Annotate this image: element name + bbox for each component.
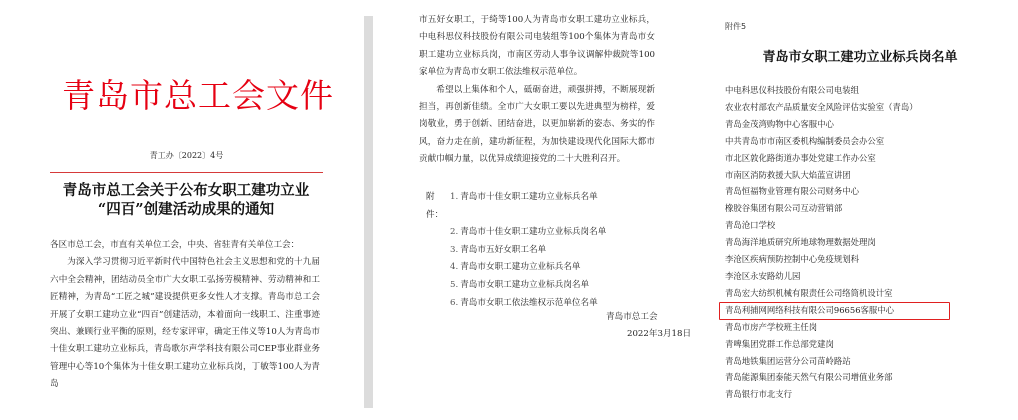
list-item: 青岛市房产学校班主任岗 (725, 319, 1015, 336)
notice-title-line-1: 青岛市总工会关于公布女职工建功立业 (40, 181, 332, 200)
cover-page: 青岛市总工会文件 青工办〔2022〕4号 青岛市总工会关于公布女职工建功立业 “… (0, 0, 340, 420)
body-paragraph-hope: 希望以上集体和个人，砥砺奋进，顽强拼搏，不断展现新担当，再创新佳绩。全市广大女职… (419, 82, 655, 169)
attachment-item: 附件： 1.青岛市十佳女职工建功立业标兵名单 (426, 189, 666, 224)
list-item: 青岛沧口学校 (725, 217, 1015, 234)
continuation-body: 市五好女职工，于绮等100人为青岛市女职工建功立业标兵，中电科思仪科技股份有限公… (419, 12, 655, 169)
list-item: 青岛地铁集团运营分公司苗岭路站 (725, 353, 1015, 370)
attachments-label: 附件： (426, 189, 450, 224)
document-number: 青工办〔2022〕4号 (0, 150, 373, 161)
body-paragraph: 为深入学习贯彻习近平新时代中国特色社会主义思想和党的十九届六中全会精神，团结动员… (50, 254, 320, 393)
list-item: 中共青岛市市南区委机构编制委员会办公室 (725, 133, 1015, 150)
highlighted-list-item: 青岛利捕网网络科技有限公司96656客服中心 (725, 302, 1015, 319)
notice-title: 青岛市总工会关于公布女职工建功立业 “四百”创建活动成果的通知 (40, 181, 332, 219)
list-item: 橡胶谷集团有限公司互动营销部 (725, 200, 1015, 217)
attachment-item: 4.青岛市女职工建功立业标兵名单 (426, 259, 666, 277)
body-paragraph-continued: 市五好女职工，于绮等100人为青岛市女职工建功立业标兵，中电科思仪科技股份有限公… (419, 12, 655, 82)
red-letterhead: 青岛市总工会文件 (62, 70, 302, 117)
list-title: 青岛市女职工建功立业标兵岗名单 (690, 46, 1018, 65)
list-item: 李沧区疾病预防控制中心免疫规划科 (725, 251, 1015, 268)
list-item: 中电科思仪科技股份有限公司电装组 (725, 82, 1015, 99)
list-item: 青岛银行市北支行 (725, 386, 1015, 403)
attachment-item: 2.青岛市十佳女职工建功立业标兵岗名单 (426, 224, 666, 242)
list-item: 青啤集团党群工作总部党建岗 (725, 336, 1015, 353)
list-item: 青岛恒福物业管理有限公司财务中心 (725, 183, 1015, 200)
list-page: 附件5 青岛市女职工建功立业标兵岗名单 中电科思仪科技股份有限公司电装组 农业农… (690, 0, 1018, 420)
list-item: 市北区敦化路街道办事处党建工作办公室 (725, 150, 1015, 167)
signoff-organization: 青岛市总工会 (606, 309, 658, 326)
page-separator (364, 16, 373, 408)
attachment-item: 3.青岛市五好女职工名单 (426, 242, 666, 260)
list-item: 农业农村部农产品质量安全风险评估实验室（青岛） (725, 99, 1015, 116)
list-item: 市南区消防救援大队大焰蓝宣讲团 (725, 167, 1015, 184)
salutation: 各区市总工会，市直有关单位工会，中央、省驻青有关单位工会： (50, 237, 320, 254)
list-item: 李沧区永安路幼儿园 (725, 268, 1015, 285)
list-item: 青岛宏大纺织机械有限责任公司络筒机设计室 (725, 285, 1015, 302)
attachments-list: 附件： 1.青岛市十佳女职工建功立业标兵名单 2.青岛市十佳女职工建功立业标兵岗… (426, 189, 666, 312)
red-divider (50, 172, 323, 173)
cover-body: 各区市总工会，市直有关单位工会，中央、省驻青有关单位工会： 为深入学习贯彻习近平… (50, 237, 320, 394)
document-collage: 青岛市总工会文件 青工办〔2022〕4号 青岛市总工会关于公布女职工建功立业 “… (0, 0, 1018, 420)
attachment-tag: 附件5 (725, 21, 746, 32)
list-item: 青岛金茂湾购物中心客服中心 (725, 116, 1015, 133)
signoff-date: 2022年3月18日 (627, 327, 691, 339)
list-item: 青岛能源集团泰能天然气有限公司增值业务部 (725, 369, 1015, 386)
attachment-item: 5.青岛市女职工建功立业标兵岗名单 (426, 277, 666, 295)
continuation-page: 市五好女职工，于绮等100人为青岛市女职工建功立业标兵，中电科思仪科技股份有限公… (373, 0, 673, 420)
list-item: 青岛海洋地质研究所地球物理数据处理岗 (725, 234, 1015, 251)
award-list: 中电科思仪科技股份有限公司电装组 农业农村部农产品质量安全风险评估实验室（青岛）… (725, 82, 1015, 403)
notice-title-line-2: “四百”创建活动成果的通知 (40, 200, 332, 219)
